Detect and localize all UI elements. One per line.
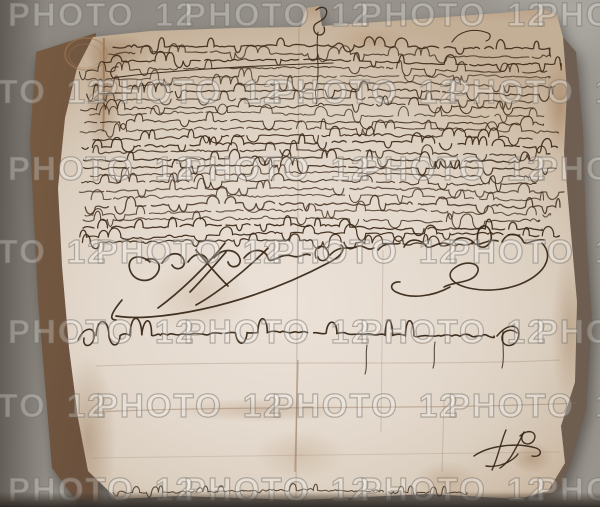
signature-left — [112, 243, 343, 320]
manuscript-ink-layer — [0, 0, 600, 507]
background-bottom-shadow — [0, 492, 600, 507]
seal-impression-ring — [65, 38, 107, 70]
photo-background: PHOTO 12PHOTO 12PHOTO 12PHOTO 12PHOTO 12… — [0, 0, 600, 507]
main-text-block — [79, 37, 564, 249]
rubric-flourish — [474, 430, 540, 470]
